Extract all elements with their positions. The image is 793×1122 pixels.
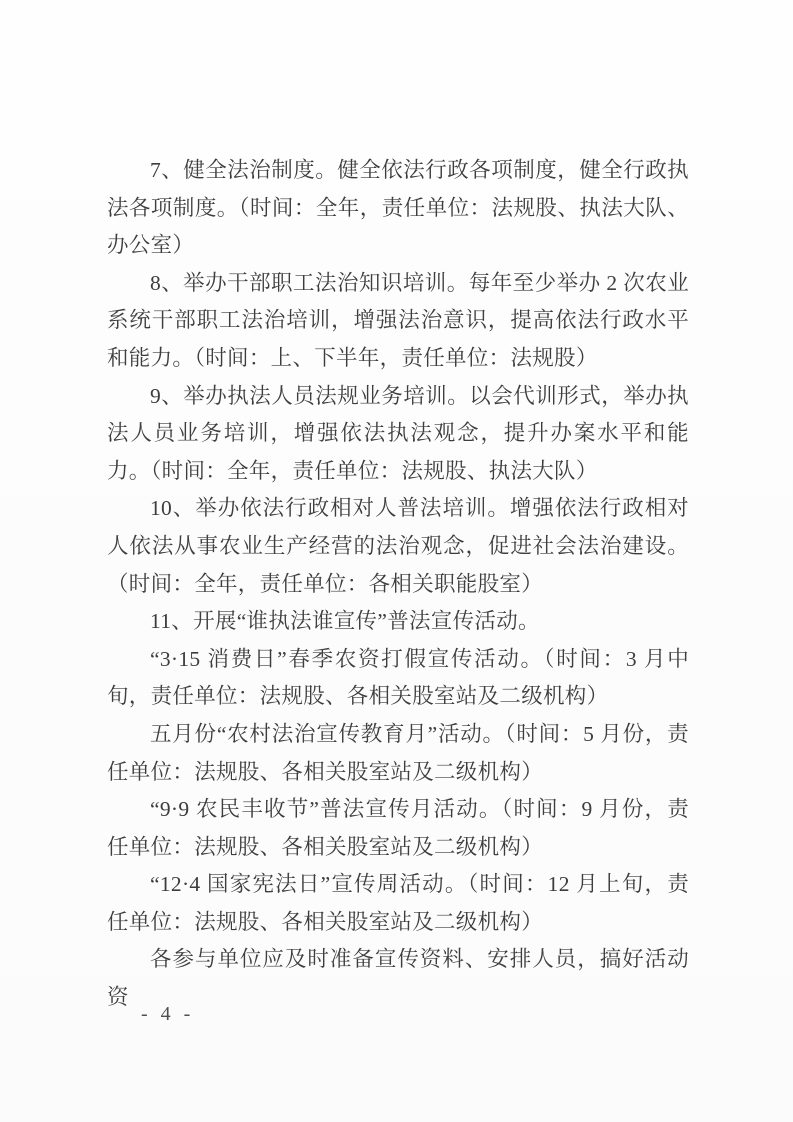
document-body: 7、健全法治制度。健全依法行政各项制度，健全行政执法各项制度。（时间：全年，责任… bbox=[107, 152, 689, 1017]
document-page: 7、健全法治制度。健全依法行政各项制度，健全行政执法各项制度。（时间：全年，责任… bbox=[0, 0, 793, 1122]
paragraph-activity-harvest: “9·9 农民丰收节”普法宣传月活动。（时间：9 月份，责任单位：法规股、各相关… bbox=[107, 791, 689, 866]
paragraph-item-7: 7、健全法治制度。健全依法行政各项制度，健全行政执法各项制度。（时间：全年，责任… bbox=[107, 152, 689, 265]
paragraph-activity-315: “3·15 消费日”春季农资打假宣传活动。（时间：3 月中旬，责任单位：法规股、… bbox=[107, 641, 689, 716]
paragraph-item-10: 10、举办依法行政相对人普法培训。增强依法行政相对人依法从事农业生产经营的法治观… bbox=[107, 490, 689, 603]
paragraph-item-8: 8、举办干部职工法治知识培训。每年至少举办 2 次农业系统干部职工法治培训，增强… bbox=[107, 265, 689, 378]
page-number: - 4 - bbox=[141, 1000, 194, 1028]
paragraph-item-9: 9、举办执法人员法规业务培训。以会代训形式，举办执法人员业务培训，增强依法执法观… bbox=[107, 378, 689, 491]
paragraph-activity-constitution: “12·4 国家宪法日”宣传周活动。（时间：12 月上旬，责任单位：法规股、各相… bbox=[107, 866, 689, 941]
paragraph-item-11: 11、开展“谁执法谁宣传”普法宣传活动。 bbox=[107, 603, 689, 641]
paragraph-activity-may: 五月份“农村法治宣传教育月”活动。（时间：5 月份，责任单位：法规股、各相关股室… bbox=[107, 716, 689, 791]
